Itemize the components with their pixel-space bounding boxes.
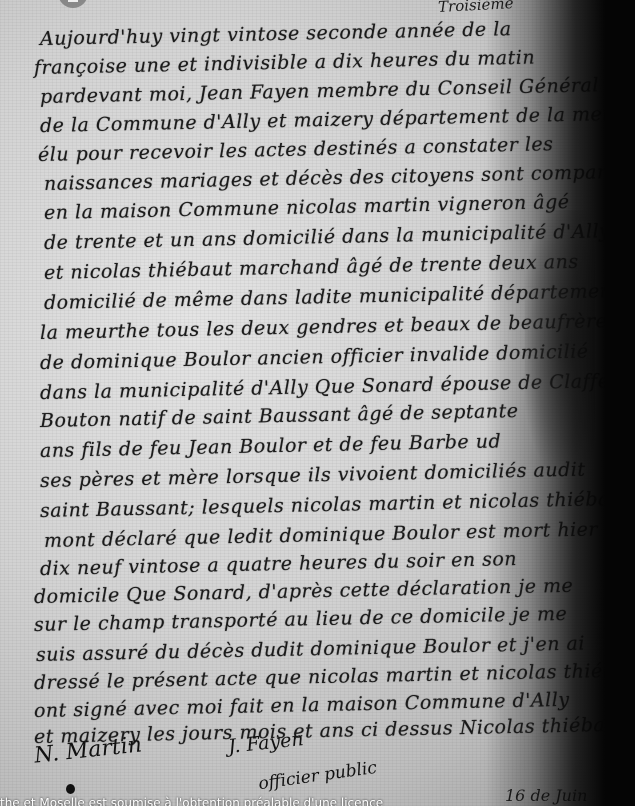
- ink-blot: [66, 784, 75, 794]
- license-caption: the et Moselle est soumise à l'obtention…: [0, 796, 383, 806]
- binding-shadow: [485, 0, 635, 806]
- document-scan: Troisième Aujourd'huy vingt vintose seco…: [0, 0, 635, 806]
- info-icon: [68, 0, 78, 2]
